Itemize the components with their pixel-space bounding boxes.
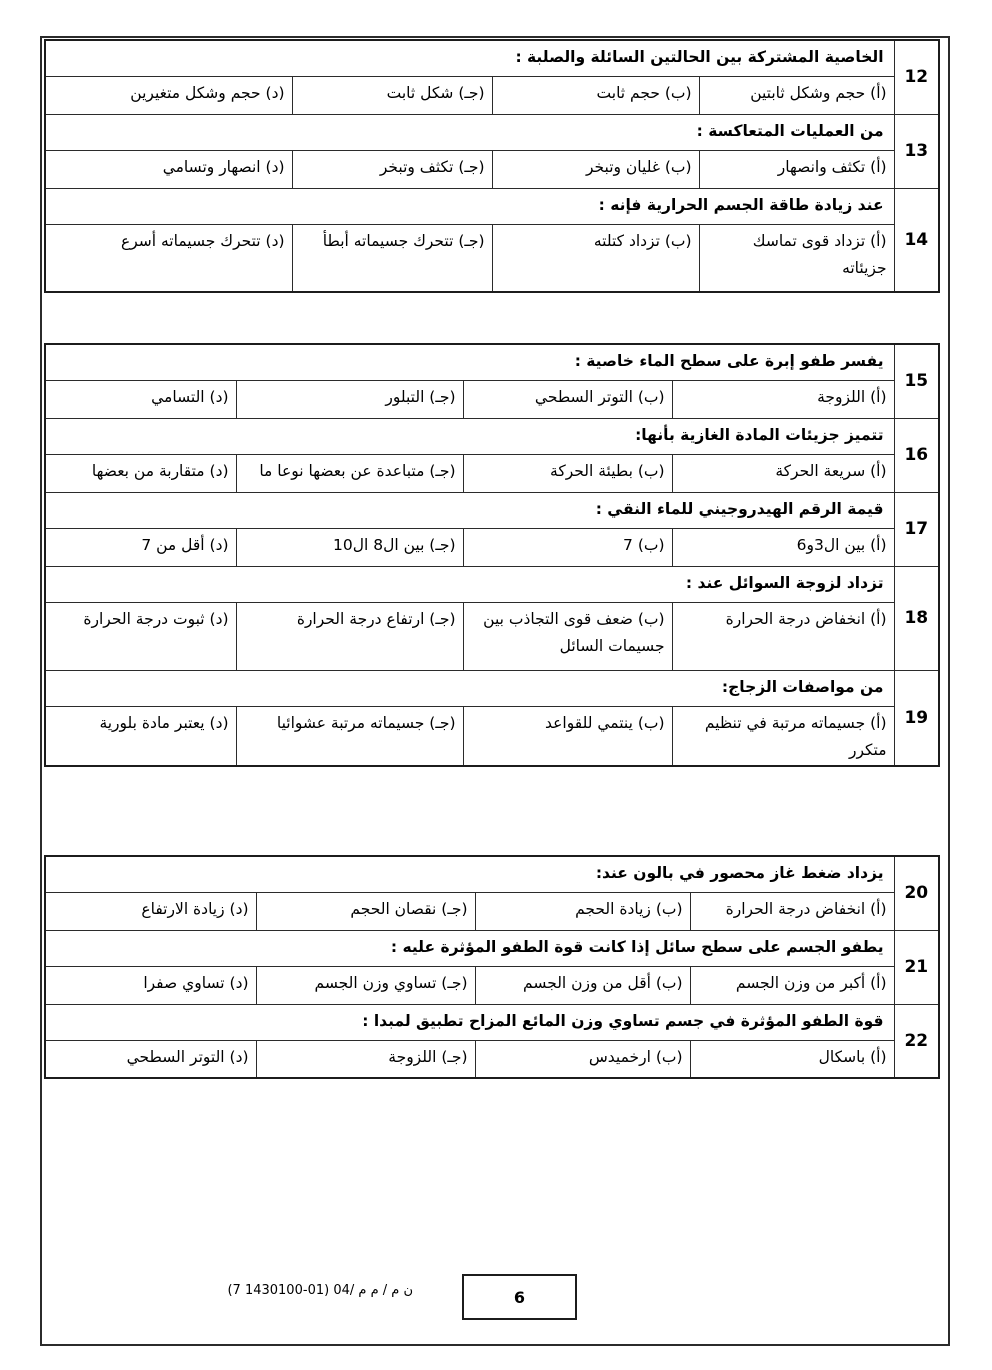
option-b: (ب) حجم ثابت [492,76,699,114]
option-a: (أ) أكبر من وزن الجسم [690,966,894,1004]
option-c: (جـ) جسيماته مرتبة عشوائيا [236,706,463,766]
question-text: قيمة الرقم الهيدروجيني للماء النقي : [45,492,894,528]
question-block-22: 22 قوة الطفو المؤثرة في جسم تساوي وزن ال… [45,1004,939,1078]
option-b: (ب) تزداد كتلته [492,224,699,292]
question-text: تتميز جزيئات المادة الغازية بأنها: [45,418,894,454]
option-c: (جـ) شكل ثابت [292,76,492,114]
option-b: (ب) بطيئة الحركة [463,454,672,492]
option-c: (جـ) تتحرك جسيماته أبطأ [292,224,492,292]
question-number: 15 [894,344,939,418]
option-d: (د) متقاربة من بعضها [45,454,236,492]
option-b: (ب) غليان وتبخر [492,150,699,188]
question-number: 14 [894,188,939,292]
question-block-16: 16 تتميز جزيئات المادة الغازية بأنها: (أ… [45,418,939,492]
question-number: 22 [894,1004,939,1078]
question-number: 17 [894,492,939,566]
option-d: (د) أقل من 7 [45,528,236,566]
question-block-15: 15 يفسر طفو إبرة على سطح الماء خاصية : (… [45,344,939,418]
question-text: يزداد ضغط غاز محصور في بالون عند: [45,856,894,892]
option-a: (أ) تكثف وانصهار [699,150,894,188]
option-b: (ب) زيادة الحجم [475,892,690,930]
option-c: (جـ) اللزوجة [256,1040,475,1078]
question-text: الخاصية المشتركة بين الحالتين السائلة وا… [45,40,894,76]
option-c: (جـ) تكثف وتبخر [292,150,492,188]
question-number: 13 [894,114,939,188]
question-block-20: 20 يزداد ضغط غاز محصور في بالون عند: (أ)… [45,856,939,930]
question-number: 21 [894,930,939,1004]
option-b: (ب) أقل من وزن الجسم [475,966,690,1004]
question-block-21: 21 يطفو الجسم على سطح سائل إذا كانت قوة … [45,930,939,1004]
question-block-17: 17 قيمة الرقم الهيدروجيني للماء النقي : … [45,492,939,566]
question-block-14: 14 عند زيادة طاقة الجسم الحرارية فإنه : … [45,188,939,292]
option-d: (د) التسامي [45,380,236,418]
option-c: (جـ) نقصان الحجم [256,892,475,930]
option-c: (جـ) بين ال8 ال10 [236,528,463,566]
option-b: (ب) ضعف قوى التجاذب بين جسيمات السائل [463,602,672,670]
question-table-20-22: 20 يزداد ضغط غاز محصور في بالون عند: (أ)… [44,855,940,1079]
option-c: (جـ) ارتفاع درجة الحرارة [236,602,463,670]
option-d: (د) تتحرك جسيماته أسرع [45,224,292,292]
option-c: (جـ) تساوي وزن الجسم [256,966,475,1004]
question-number: 19 [894,670,939,766]
option-a: (أ) سريعة الحركة [672,454,894,492]
option-a: (أ) حجم وشكل ثابتين [699,76,894,114]
option-a: (أ) باسكال [690,1040,894,1078]
option-a: (أ) اللزوجة [672,380,894,418]
option-a: (أ) انخفاض درجة الحرارة [672,602,894,670]
question-text: يفسر طفو إبرة على سطح الماء خاصية : [45,344,894,380]
question-block-13: 13 من العمليات المتعاكسة : (أ) تكثف وانص… [45,114,939,188]
question-table-12-14: 12 الخاصية المشتركة بين الحالتين السائلة… [44,39,940,293]
footer-document-code: ن م / م م /04 (01-1430100 7) [183,1283,413,1298]
question-text: يطفو الجسم على سطح سائل إذا كانت قوة الط… [45,930,894,966]
question-text: قوة الطفو المؤثرة في جسم تساوي وزن المائ… [45,1004,894,1040]
option-d: (د) ثبوت درجة الحرارة [45,602,236,670]
option-a: (أ) جسيماته مرتبة في تنظيم متكرر [672,706,894,766]
question-table-15-19: 15 يفسر طفو إبرة على سطح الماء خاصية : (… [44,343,940,767]
option-d: (د) زيادة الارتفاع [45,892,256,930]
question-block-18: 18 تزداد لزوجة السوائل عند : (أ) انخفاض … [45,566,939,670]
option-a: (أ) تزداد قوى تماسك جزيئاته [699,224,894,292]
option-b: (ب) 7 [463,528,672,566]
option-d: (د) التوتر السطحي [45,1040,256,1078]
option-b: (ب) ارخميدس [475,1040,690,1078]
option-c: (جـ) التبلور [236,380,463,418]
option-d: (د) انصهار وتسامي [45,150,292,188]
page-number-box: 6 [462,1274,577,1320]
question-number: 20 [894,856,939,930]
question-text: تزداد لزوجة السوائل عند : [45,566,894,602]
option-a: (أ) انخفاض درجة الحرارة [690,892,894,930]
question-number: 12 [894,40,939,114]
option-a: (أ) بين ال3و6 [672,528,894,566]
option-d: (د) حجم وشكل متغيرين [45,76,292,114]
question-text: من مواصفات الزجاج: [45,670,894,706]
option-d: (د) تساوي صفرا [45,966,256,1004]
question-block-19: 19 من مواصفات الزجاج: (أ) جسيماته مرتبة … [45,670,939,766]
option-d: (د) يعتبر مادة بلورية [45,706,236,766]
question-text: من العمليات المتعاكسة : [45,114,894,150]
option-b: (ب) التوتر السطحي [463,380,672,418]
question-block-12: 12 الخاصية المشتركة بين الحالتين السائلة… [45,40,939,114]
option-b: (ب) ينتمي للقواعد [463,706,672,766]
question-number: 18 [894,566,939,670]
page-number: 6 [514,1288,525,1307]
option-c: (جـ) متباعدة عن بعضها نوعا ما [236,454,463,492]
question-number: 16 [894,418,939,492]
question-text: عند زيادة طاقة الجسم الحرارية فإنه : [45,188,894,224]
